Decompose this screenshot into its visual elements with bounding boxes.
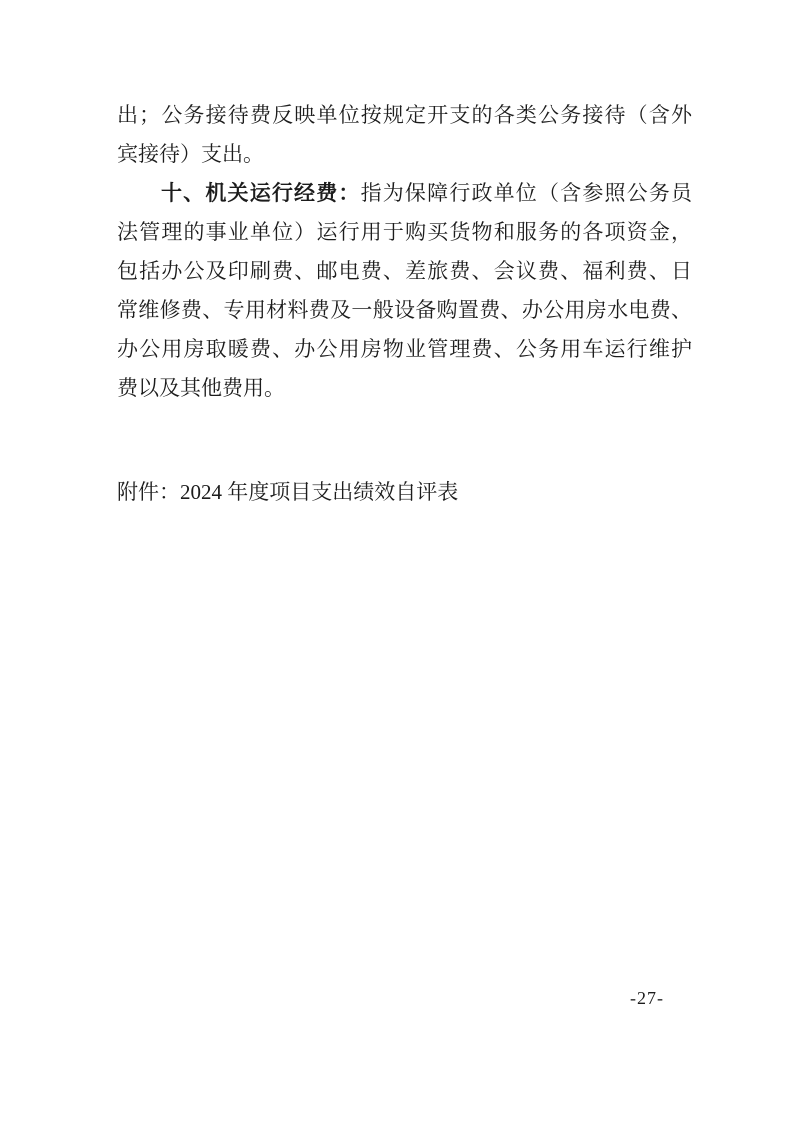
body-line: 宾接待）支出。	[117, 135, 692, 174]
document-content: 出；公务接待费反映单位按规定开支的各类公务接待（含外宾接待）支出。十、机关运行经…	[117, 96, 692, 512]
body-line: 办公用房取暖费、办公用房物业管理费、公务用车运行维护	[117, 330, 692, 369]
page-number: -27-	[630, 988, 664, 1009]
body-line: 法管理的事业单位）运行用于购买货物和服务的各项资金，	[117, 213, 692, 252]
body-line: 十、机关运行经费：指为保障行政单位（含参照公务员	[117, 174, 692, 213]
body-line: 费以及其他费用。	[117, 369, 692, 408]
attachment-line: 附件：2024 年度项目支出绩效自评表	[117, 473, 692, 512]
body-line: 出；公务接待费反映单位按规定开支的各类公务接待（含外	[117, 96, 692, 135]
body-text: 出；公务接待费反映单位按规定开支的各类公务接待（含外宾接待）支出。十、机关运行经…	[117, 96, 692, 408]
body-line: 包括办公及印刷费、邮电费、差旅费、会议费、福利费、日	[117, 252, 692, 291]
document-page: 出；公务接待费反映单位按规定开支的各类公务接待（含外宾接待）支出。十、机关运行经…	[0, 0, 793, 1122]
body-line-bold-lead: 十、机关运行经费：	[161, 181, 361, 205]
body-line: 常维修费、专用材料费及一般设备购置费、办公用房水电费、	[117, 291, 692, 330]
